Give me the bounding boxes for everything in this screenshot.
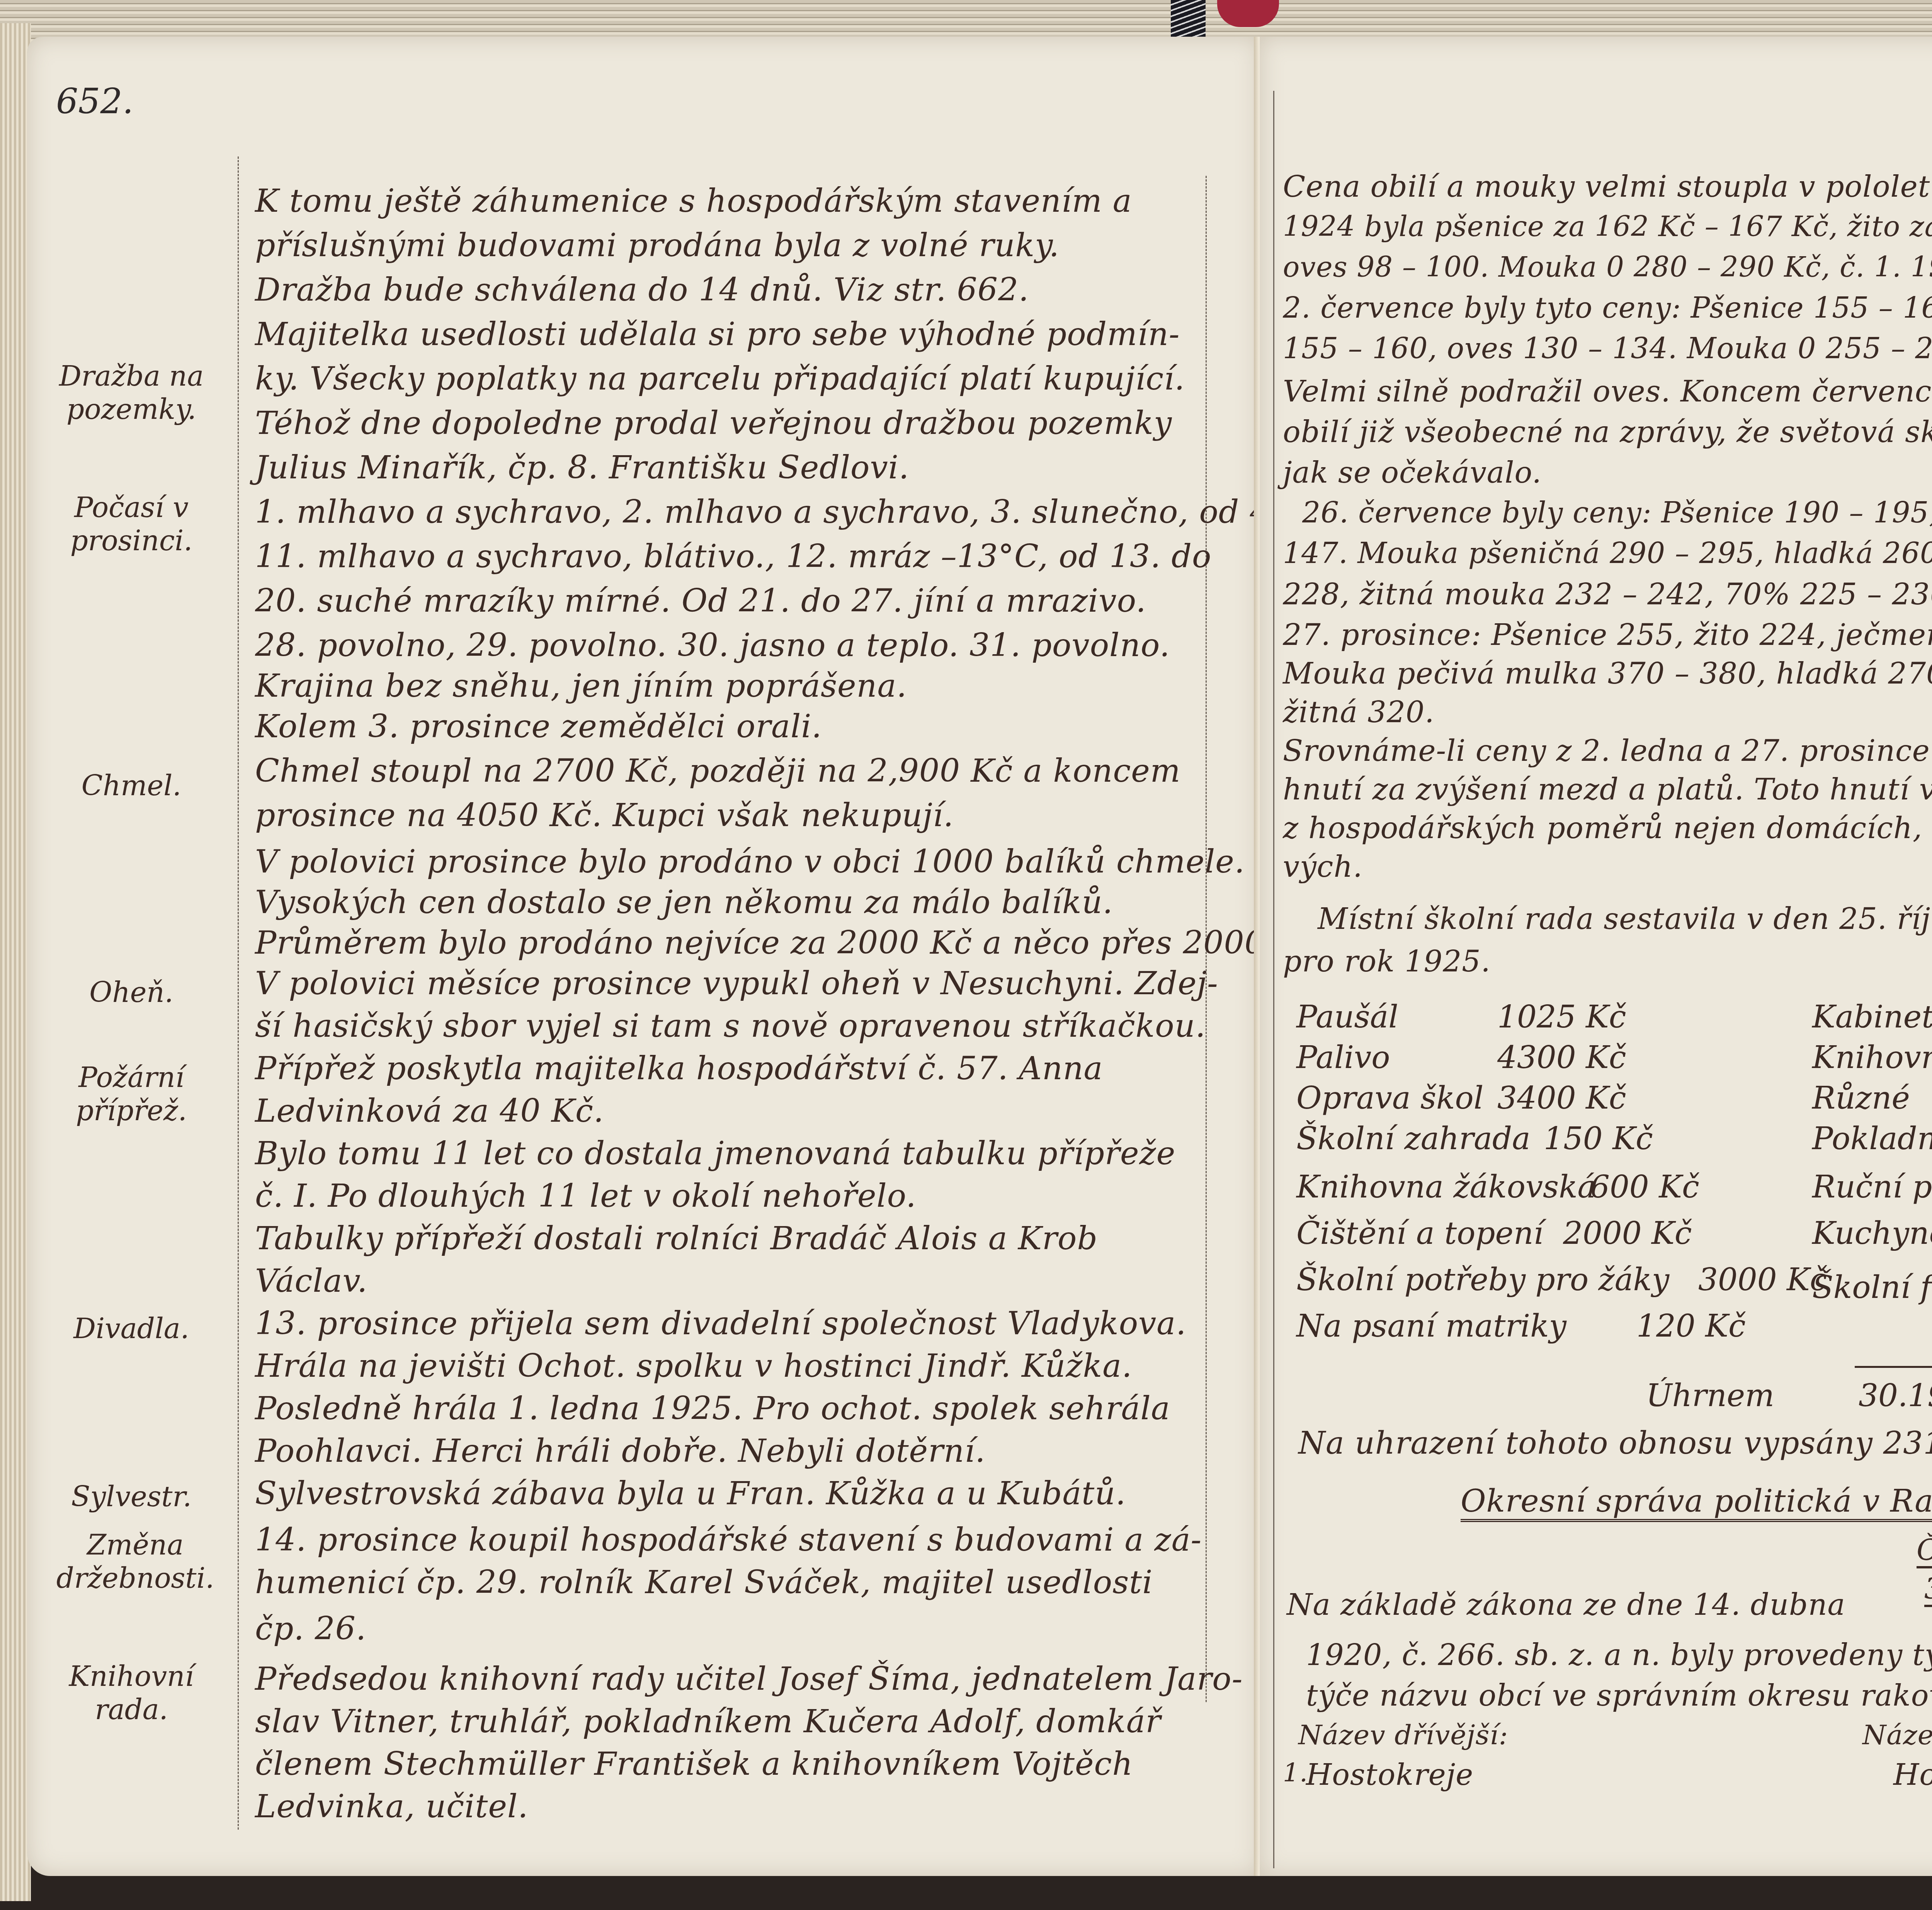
budget-item: Paušál	[1296, 999, 1398, 1035]
text-line: Předsedou knihovní rady učitel Josef Ším…	[255, 1663, 1243, 1695]
budget-item: Ruční práce	[1812, 1169, 1932, 1205]
budget-row: Různé800 Kč	[1812, 1080, 1910, 1116]
text-line: čp. 26.	[255, 1613, 366, 1645]
left-rule	[1273, 91, 1274, 1868]
budget-item: Pokladníkovi	[1812, 1121, 1932, 1157]
text-line: 14. prosince koupil hospodářské stavení …	[255, 1524, 1202, 1556]
budget-item: Kuchyně	[1812, 1215, 1932, 1251]
office-heading: Okresní správa politická v Rakovníku.	[1461, 1486, 1932, 1522]
text-line: Cena obilí a mouky velmi stoupla v polol…	[1283, 172, 1932, 201]
text-line: obilí již všeobecné na zprávy, že světov…	[1283, 417, 1932, 447]
text-line: Kolem 3. prosince zemědělci orali.	[255, 711, 822, 743]
text-line: Posledně hrála 1. ledna 1925. Pro ochot.…	[255, 1393, 1170, 1425]
text-line: Velmi silně podražil oves. Koncem červen…	[1283, 377, 1932, 406]
name-new: Hostokryje	[1893, 1760, 1932, 1789]
text-line: Téhož dne dopoledne prodal veřejnou draž…	[255, 408, 1172, 439]
budget-amount: 600 Kč	[1590, 1169, 1699, 1205]
text-line: ky. Všecky poplatky na parcelu připadají…	[255, 363, 1185, 395]
text-line: Václav.	[255, 1265, 367, 1297]
budget-amount: 120 Kč	[1636, 1308, 1746, 1344]
text-line: jak se očekávalo.	[1283, 458, 1542, 487]
margin-note-zmena-drzebnosti: Změna držebnosti.	[50, 1528, 220, 1595]
text-line: V polovici prosince bylo prodáno v obci …	[255, 846, 1245, 878]
text-line: V polovici měsíce prosince vypukl oheň v…	[255, 968, 1218, 1000]
budget-row: Paušál1025 Kč	[1296, 999, 1398, 1035]
margin-note-chmel: Chmel.	[50, 769, 213, 802]
reference-code: 3-1-110.	[1924, 1575, 1932, 1607]
margin-note-pocasi: Počasí v prosinci.	[50, 491, 213, 558]
budget-item: Školní potřeby pro žáky	[1296, 1262, 1669, 1298]
budget-row: Oprava škol3400 Kč	[1296, 1080, 1483, 1116]
budget-row: Školní fond12000 Kč	[1812, 1269, 1932, 1305]
text-line: Julius Minařík, čp. 8. Františku Sedlovi…	[255, 452, 909, 484]
budget-item: Různé	[1812, 1080, 1910, 1116]
name-change-number: 1.	[1283, 1760, 1308, 1786]
text-line: příslušnými budovami prodána byla z voln…	[255, 230, 1060, 262]
budget-note: Na uhrazení tohoto obnosu vypsány 231% š…	[1298, 1428, 1932, 1459]
budget-item: Kabinet	[1812, 999, 1932, 1035]
budget-item: Školní fond	[1812, 1269, 1932, 1305]
margin-note-knihovni-rada: Knihovní rada.	[50, 1660, 213, 1726]
text-line: Sylvestrovská zábava byla u Fran. Kůžka …	[255, 1478, 1126, 1510]
budget-amount: 4300 Kč	[1497, 1039, 1626, 1075]
budget-row: Na psaní matriky120 Kč	[1296, 1308, 1566, 1344]
budget-amount: 150 Kč	[1544, 1121, 1653, 1157]
text-line: 11. mlhavo a sychravo, blátivo., 12. mrá…	[255, 541, 1211, 573]
budget-intro: pro rok 1925.	[1283, 947, 1491, 976]
text-line: oves 98 – 100. Mouka 0 280 – 290 Kč, č. …	[1283, 253, 1932, 281]
budget-row: Školní potřeby pro žáky3000 Kč	[1296, 1262, 1669, 1298]
margin-note-pozarni-prirez: Požární přípřež.	[50, 1061, 213, 1128]
text-line: č. I. Po dlouhých 11 let v okolí nehořel…	[255, 1180, 917, 1212]
names-header-old: Název dřívější:	[1298, 1721, 1508, 1748]
text-line: Poohlavci. Herci hráli dobře. Nebyli dot…	[255, 1435, 985, 1467]
reference-number: Č. 1690/25	[1917, 1536, 1932, 1568]
text-line: 1924 byla pšenice za 162 Kč – 167 Kč, ži…	[1283, 213, 1932, 240]
text-line: Mouka pečivá mulka 370 – 380, hladká 270…	[1283, 659, 1932, 688]
budget-item: Čištění a topení	[1296, 1215, 1543, 1251]
budget-total: 30.195 Kč	[1859, 1378, 1932, 1413]
text-line: Vysokých cen dostalo se jen někomu za má…	[255, 887, 1113, 918]
text-line: prosince na 4050 Kč. Kupci však nekupují…	[255, 800, 954, 832]
budget-row: Školní zahrada150 Kč	[1296, 1121, 1531, 1157]
law-line: Na základě zákona ze dne 14. dubna	[1287, 1590, 1845, 1619]
budget-row: Kuchyně800 Kč	[1812, 1215, 1932, 1251]
budget-row: Knihovna učit.500 Kč	[1812, 1039, 1932, 1075]
budget-row: Palivo4300 Kč	[1296, 1039, 1390, 1075]
text-line: Přípřež poskytla majitelka hospodářství …	[255, 1053, 1103, 1085]
budget-item: Knihovna učit.	[1812, 1039, 1932, 1075]
budget-amount: 2000 Kč	[1563, 1215, 1692, 1251]
text-line: hnutí za zvýšení mezd a platů. Toto hnut…	[1283, 775, 1932, 804]
name-old: Hostokreje	[1306, 1760, 1473, 1789]
text-line: 27. prosince: Pšenice 255, žito 224, ječ…	[1283, 620, 1932, 650]
text-line: Krajina bez sněhu, jen jíním poprášena.	[255, 670, 907, 702]
budget-amount: 3000 Kč	[1698, 1262, 1827, 1298]
text-line: slav Vitner, truhlář, pokladníkem Kučera…	[255, 1706, 1161, 1738]
margin-note-ohen: Oheň.	[50, 976, 213, 1009]
text-line: K tomu ještě záhumenice s hospodářským s…	[255, 185, 1132, 217]
total-rule	[1855, 1366, 1932, 1368]
budget-amount: 1025 Kč	[1497, 999, 1626, 1035]
text-line: humenicí čp. 29. rolník Karel Sváček, ma…	[255, 1567, 1153, 1599]
text-line: členem Stechmüller František a knihovník…	[255, 1748, 1133, 1780]
text-line: Tabulky přípřeží dostali rolníci Bradáč …	[255, 1223, 1098, 1255]
text-line: 155 – 160, oves 130 – 134. Mouka 0 255 –…	[1283, 334, 1932, 363]
text-line: 20. suché mrazíky mírné. Od 21. do 27. j…	[255, 585, 1146, 617]
text-line: Ledvinka, učitel.	[255, 1791, 528, 1823]
law-line: týče názvu obcí ve správním okresu rakov…	[1306, 1681, 1932, 1710]
budget-row: Pokladníkovi100 Kč	[1812, 1121, 1932, 1157]
text-line: Chmel stoupl na 2700 Kč, později na 2,90…	[255, 755, 1181, 787]
budget-row: Kabinet600 Kč	[1812, 999, 1932, 1035]
text-line: 26. července byly ceny: Pšenice 190 – 19…	[1302, 498, 1932, 527]
budget-item: Palivo	[1296, 1039, 1390, 1075]
text-line: žitná 320.	[1283, 697, 1435, 727]
margin-rule	[238, 156, 239, 1830]
budget-item: Na psaní matriky	[1296, 1308, 1566, 1344]
margin-note-divadla: Divadla.	[50, 1312, 213, 1345]
budget-row: Čištění a topení2000 Kč	[1296, 1215, 1543, 1251]
page-number: 652.	[56, 81, 133, 122]
budget-item: Knihovna žákovská	[1296, 1169, 1596, 1205]
budget-amount: 3400 Kč	[1497, 1080, 1626, 1116]
budget-intro: Místní školní rada sestavila v den 25. ř…	[1318, 904, 1932, 934]
budget-row: Ruční práce800 Kč	[1812, 1169, 1932, 1205]
text-line: Bylo tomu 11 let co dostala jmenovaná ta…	[255, 1138, 1175, 1170]
left-page: 652. K tomu ještě záhumenice s hospodářs…	[27, 37, 1260, 1876]
page-edges-left	[0, 23, 31, 1901]
text-line: Průměrem bylo prodáno nejvíce za 2000 Kč…	[255, 927, 1328, 959]
text-line: Srovnáme-li ceny z 2. ledna a 27. prosin…	[1283, 736, 1932, 765]
text-line: Ledvinková za 40 Kč.	[255, 1095, 604, 1127]
text-line: z hospodářských poměrů nejen domácích, a…	[1283, 813, 1932, 843]
names-header-new: Název nynější:	[1862, 1721, 1932, 1748]
text-line: 28. povolno, 29. povolno. 30. jasno a te…	[255, 630, 1170, 662]
text-line: 13. prosince přijela sem divadelní spole…	[255, 1308, 1186, 1340]
budget-total-label: Úhrnem	[1646, 1378, 1774, 1413]
budget-item: Školní zahrada	[1296, 1121, 1531, 1157]
budget-row: Knihovna žákovská600 Kč	[1296, 1169, 1596, 1205]
text-line: 147. Mouka pšeničná 290 – 295, hladká 26…	[1283, 539, 1932, 568]
margin-note-sylvestr: Sylvestr.	[50, 1480, 213, 1513]
text-line: Dražba bude schválena do 14 dnů. Viz str…	[255, 274, 1029, 306]
margin-note-drazba: Dražba na pozemky.	[50, 359, 213, 426]
text-line: 2. července byly tyto ceny: Pšenice 155 …	[1283, 294, 1932, 322]
text-line: Hrála na jevišti Ochot. spolku v hostinc…	[255, 1350, 1132, 1382]
text-line: vých.	[1283, 852, 1363, 881]
text-line: ší hasičský sbor vyjel si tam s nově opr…	[255, 1010, 1206, 1042]
budget-item: Oprava škol	[1296, 1080, 1483, 1116]
law-line: 1920, č. 266. sb. z. a n. byly provedeny…	[1306, 1640, 1932, 1670]
right-page: 653. Ceny obilí. Rozpočet školní. Změny …	[1260, 37, 1932, 1876]
text-line: 228, žitná mouka 232 – 242, 70% 225 – 23…	[1283, 580, 1932, 609]
text-line: Majitelka usedlosti udělala si pro sebe …	[255, 319, 1180, 350]
text-line: 1. mlhavo a sychravo, 2. mlhavo a sychra…	[255, 497, 1297, 528]
